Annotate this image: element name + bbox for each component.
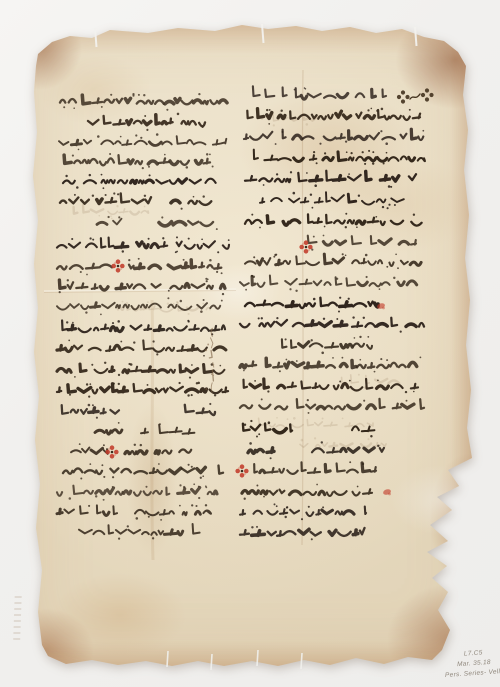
ghost-bleedthrough: [74, 110, 400, 451]
script-right-column: [240, 86, 425, 540]
script-artwork: [0, 0, 500, 687]
red-smudge: [382, 488, 391, 495]
pencil-accession-note: L7.C5 Mar. 35.18 Pers. Series- Vellu: [443, 647, 500, 681]
script-left-column: [57, 93, 230, 540]
photo-backdrop: L7.C5 Mar. 35.18 Pers. Series- Vellu: [0, 0, 500, 687]
red-rosette: [111, 259, 124, 272]
red-rosette: [105, 445, 118, 458]
red-rosette: [235, 464, 248, 477]
gutter-note: [205, 328, 214, 393]
header-ornament: [397, 88, 434, 103]
